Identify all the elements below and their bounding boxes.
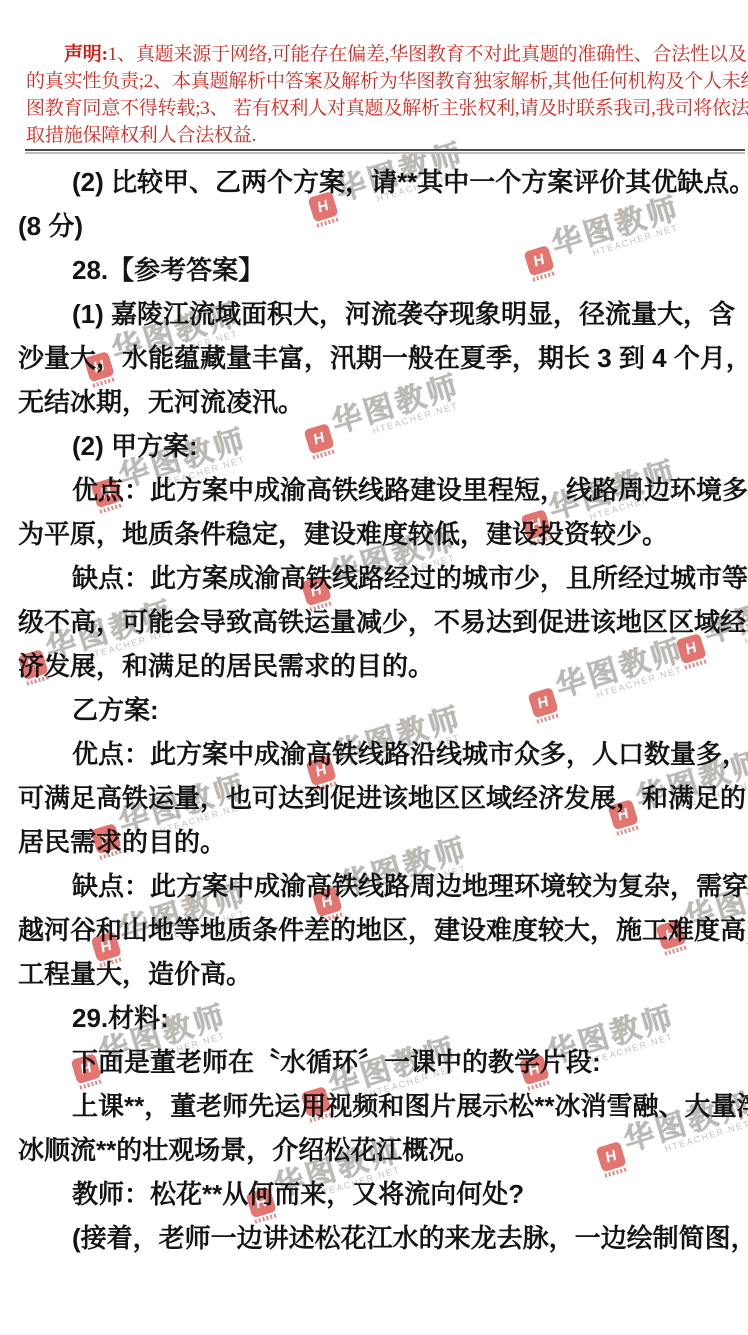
text-line: 教师：松花**从何而来，又将流向何处? — [18, 1172, 732, 1216]
document-page: H 华图教师 HTEACHER.NET H 华图教师 HTEACHER.NET … — [0, 0, 748, 1335]
section-divider — [25, 149, 745, 154]
answer-content: (2) 比较甲、乙两个方案，请**其中一个方案评价其优缺点。(8 分)28.【参… — [18, 160, 732, 1260]
disclaimer-line: 的真实性负责;2、本真题解析中答案及解析为华图教育独家解析,其他任何机构及个人未… — [26, 68, 738, 95]
text-line: 为平原，地质条件稳定，建设难度较低，建设投资较少。 — [18, 512, 732, 556]
text-line: 下面是董老师在〝水循环〞一课中的教学片段: — [18, 1040, 732, 1084]
text-line: (接着，老师一边讲述松花江水的来龙去脉，一边绘制简图， — [18, 1216, 732, 1260]
text-line: (8 分) — [18, 204, 732, 248]
text-line: 沙量大，水能蕴藏量丰富，汛期一般在夏季，期长 3 到 4 个月， — [18, 336, 732, 380]
disclaimer-label: 声明: — [64, 44, 108, 65]
text-line: 冰顺流**的壮观场景，介绍松花江概况。 — [18, 1128, 732, 1172]
disclaimer-line: 取措施保障权利人合法权益. — [26, 122, 738, 149]
text-line: (1) 嘉陵江流域面积大，河流袭夺现象明显，径流量大，含 — [18, 292, 732, 336]
text-line: 28.【参考答案】 — [18, 248, 732, 292]
text-line: 优点：此方案中成渝高铁线路建设里程短，线路周边环境多 — [18, 468, 732, 512]
text-line: 缺点：此方案中成渝高铁线路周边地理环境较为复杂，需穿 — [18, 864, 732, 908]
text-line: 优点：此方案中成渝高铁线路沿线城市众多，人口数量多， — [18, 732, 732, 776]
text-line: (2) 比较甲、乙两个方案，请**其中一个方案评价其优缺点。 — [18, 160, 732, 204]
disclaimer: 声明:1、真题来源于网络,可能存在偏差,华图教育不对此真题的准确性、合法性以及内… — [0, 0, 748, 149]
text-line: 无结冰期，无河流凌汛。 — [18, 380, 732, 424]
text-line: 可满足高铁运量，也可达到促进该地区区域经济发展，和满足的 — [18, 776, 732, 820]
text-line: 缺点：此方案成渝高铁线路经过的城市少，且所经过城市等 — [18, 556, 732, 600]
text-line: 级不高，可能会导致高铁运量减少，不易达到促进该地区区域经 — [18, 600, 732, 644]
text-line: 越河谷和山地等地质条件差的地区，建设难度较大，施工难度高， — [18, 908, 732, 952]
text-line: 居民需求的目的。 — [18, 820, 732, 864]
text-line: 济发展，和满足的居民需求的目的。 — [18, 644, 732, 688]
text-line: 上课**，董老师先运用视频和图片展示松**冰消雪融、大量浮 — [18, 1084, 732, 1128]
disclaimer-line: 声明:1、真题来源于网络,可能存在偏差,华图教育不对此真题的准确性、合法性以及内… — [26, 41, 738, 68]
text-line: 工程量大，造价高。 — [18, 952, 732, 996]
disclaimer-line: 图教育同意不得转载;3、 若有权利人对真题及解析主张权利,请及时联系我司,我司将… — [26, 95, 738, 122]
text-line: 29.材料: — [18, 996, 732, 1040]
text-line: (2) 甲方案: — [18, 424, 732, 468]
text-line: 乙方案: — [18, 688, 732, 732]
